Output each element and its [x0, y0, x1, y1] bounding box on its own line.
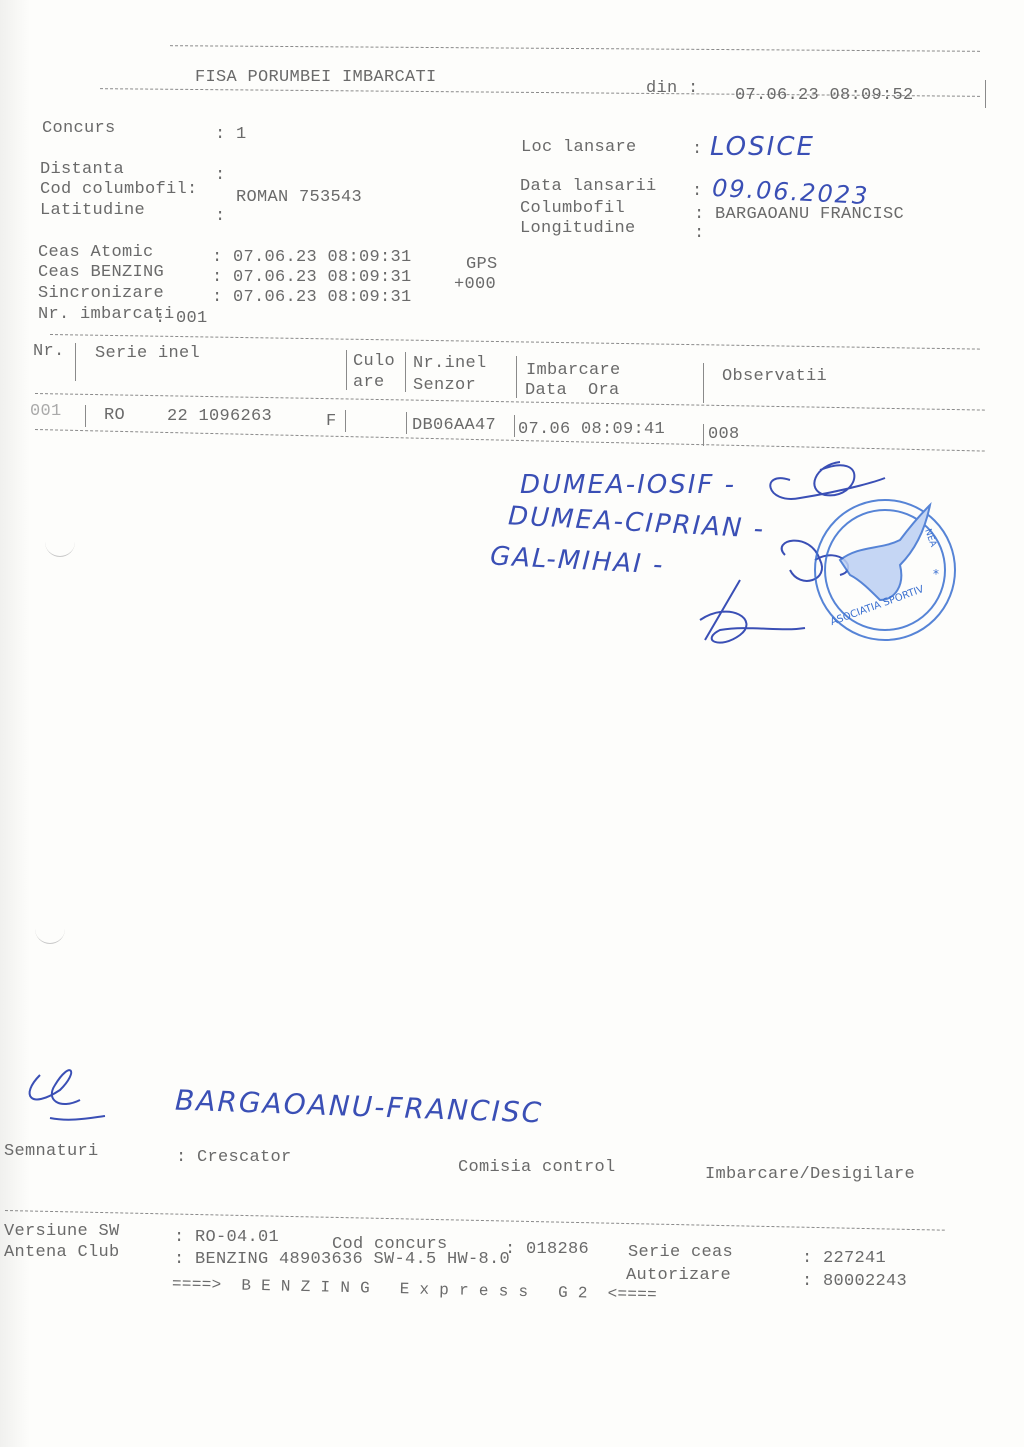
autorizare-label: Autorizare	[626, 1266, 731, 1285]
antena-club-value: : BENZING 48903636 SW-4.5 HW-8.0	[174, 1250, 510, 1269]
serie-ceas-value: : 227241	[802, 1249, 886, 1268]
autorizare-value: : 80002243	[802, 1272, 907, 1291]
serie-ceas-label: Serie ceas	[628, 1243, 733, 1262]
cod-concurs-value: : 018286	[505, 1240, 589, 1259]
stamp-star-icon: *	[933, 567, 939, 581]
stamp-fragment: NEA	[922, 528, 938, 550]
imbarcare-desigilare-label: Imbarcare/Desigilare	[705, 1165, 915, 1184]
association-stamp: ASOCIATIA SPORTIV NEA *	[0, 0, 1024, 1447]
versiune-sw-label: Versiune SW	[4, 1222, 120, 1241]
versiune-sw-value: : RO-04.01	[174, 1228, 279, 1247]
comisia-control-label: Comisia control	[458, 1158, 616, 1177]
antena-club-label: Antena Club	[4, 1243, 120, 1262]
semnaturi-label: Semnaturi	[4, 1142, 99, 1161]
crescator-label: : Crescator	[176, 1148, 292, 1167]
